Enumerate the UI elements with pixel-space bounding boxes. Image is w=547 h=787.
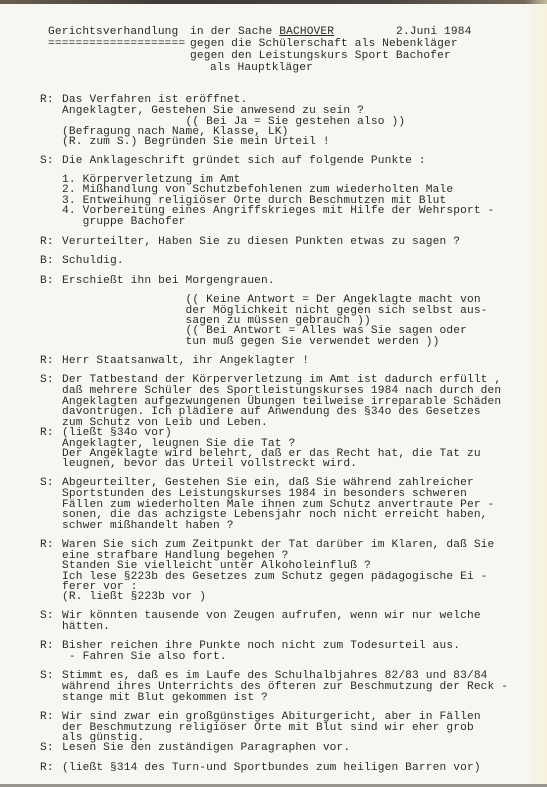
speech-text: Herr Staatsanwalt, ihr Angeklagter ! xyxy=(62,355,309,367)
speech-text: Die Anklageschrift gründet sich auf folg… xyxy=(62,155,426,167)
speech-text: (ließt §314 des Turn-und Sportbundes zum… xyxy=(62,762,481,774)
speaker-label: B: xyxy=(40,276,62,288)
transcript-line: B:Erschießt ihn bei Morgengrauen. xyxy=(40,276,275,288)
transcript-line: tun muß gegen Sie verwendet werden )) xyxy=(40,337,440,349)
transcript-line: S:Lesen Sie den zuständigen Paragraphen … xyxy=(40,743,350,755)
transcript-line: hätten. xyxy=(40,622,110,634)
title-rule: ==================== xyxy=(48,39,185,51)
parties-line-3: als Hauptkläger xyxy=(210,63,313,75)
speech-text: Lesen Sie den zuständigen Paragraphen vo… xyxy=(62,742,350,754)
speech-text: Verurteilter, Haben Sie zu diesen Punkte… xyxy=(62,236,460,248)
transcript-line: (R. ließt §223b vor ) xyxy=(40,592,206,604)
speech-text: hätten. xyxy=(62,621,110,633)
speech-text: (R. ließt §223b vor ) xyxy=(62,591,206,603)
transcript-line: S:Die Anklageschrift gründet sich auf fo… xyxy=(40,156,426,168)
transcript-line: (R. zum S.) Begründen Sie mein Urteil ! xyxy=(40,137,330,149)
speaker-label: R: xyxy=(40,237,62,249)
speech-text: stange mit Blut gekommen ist ? xyxy=(62,692,268,704)
speech-text: (R. zum S.) Begründen Sie mein Urteil ! xyxy=(62,136,330,148)
transcript-line: R:(ließt §314 des Turn-und Sportbundes z… xyxy=(40,763,481,775)
speech-text: leugnen, bevor das Urteil vollstreckt wi… xyxy=(62,458,357,470)
transcript-line: gruppe Bachofer xyxy=(40,217,186,229)
speaker-label: S: xyxy=(40,743,62,755)
speaker-label: R: xyxy=(40,763,62,775)
transcript-line: stange mit Blut gekommen ist ? xyxy=(40,693,268,705)
speaker-label: S: xyxy=(40,156,62,168)
speaker-label: R: xyxy=(40,356,62,368)
speech-text: schwer mißhandelt haben ? xyxy=(62,520,234,532)
transcript-line: B:Schuldig. xyxy=(40,256,124,268)
case-name: BACHOVER xyxy=(279,26,334,38)
transcript-line: - Fahren Sie also fort. xyxy=(40,652,227,664)
speech-text: tun muß gegen Sie verwendet werden )) xyxy=(62,336,440,348)
speech-text: Erschießt ihn bei Morgengrauen. xyxy=(62,275,275,287)
transcript-line: leugnen, bevor das Urteil vollstreckt wi… xyxy=(40,459,357,471)
transcript-line: R:Verurteilter, Haben Sie zu diesen Punk… xyxy=(40,237,460,249)
case-intro: in der Sache xyxy=(190,26,279,38)
transcript-line: schwer mißhandelt haben ? xyxy=(40,521,234,533)
transcript-line: R:Herr Staatsanwalt, ihr Angeklagter ! xyxy=(40,356,309,368)
speech-text: Wir könnten tausende von Zeugen aufrufen… xyxy=(62,610,481,622)
typewritten-document: Gerichtsverhandlung in der Sache BACHOVE… xyxy=(0,0,547,130)
speech-text: gruppe Bachofer xyxy=(62,216,186,228)
speaker-label: B: xyxy=(40,256,62,268)
speech-text: - Fahren Sie also fort. xyxy=(62,651,227,663)
speech-text: Schuldig. xyxy=(62,255,124,267)
